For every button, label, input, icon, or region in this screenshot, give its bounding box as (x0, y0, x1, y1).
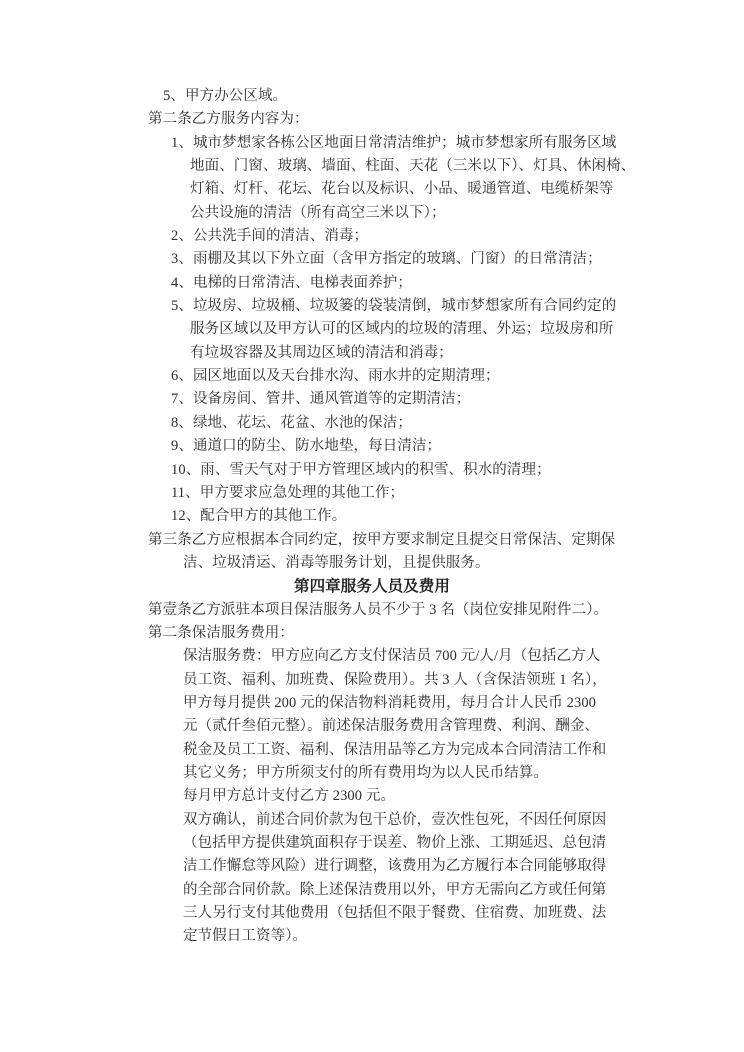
text-line: 4、电梯的日常清洁、电梯表面养护； (0, 272, 744, 295)
text-line: （包括甲方提供建筑面积存于误差、物价上涨、工期延迟、总包清 (0, 832, 744, 855)
text-line: 定节假日工资等）。 (0, 925, 744, 948)
text-line: 三人另行支付其他费用（包括但不限于餐费、住宿费、加班费、法 (0, 902, 744, 925)
text-line: 9、通道口的防尘、防水地垫，每日清洁； (0, 435, 744, 458)
text-line: 员工资、福利、加班费、保险费用）。共 3 人（含保洁领班 1 名）， (0, 669, 744, 692)
text-line: 第壹条乙方派驻本项目保洁服务人员不少于 3 名（岗位安排见附件二）。 (0, 599, 744, 622)
text-line: 公共设施的清洁（所有高空三米以下）； (0, 202, 744, 225)
text-line: 的全部合同价款。除上述保洁费用以外，甲方无需向乙方或任何第 (0, 879, 744, 902)
text-line: 10、雨、雪天气对于甲方管理区域内的积雪、积水的清理； (0, 459, 744, 482)
text-line: 12、配合甲方的其他工作。 (0, 505, 744, 528)
text-line: 第二条保洁服务费用： (0, 622, 744, 645)
text-line: 服务区域以及甲方认可的区域内的垃圾的清理、外运；垃圾房和所 (0, 318, 744, 341)
text-line: 8、绿地、花坛、花盆、水池的保洁； (0, 412, 744, 435)
text-line: 2、公共洗手间的清洁、消毒； (0, 225, 744, 248)
text-line: 元（贰仟叁佰元整）。前述保洁服务费用含管理费、利润、酬金、 (0, 715, 744, 738)
text-line: 6、园区地面以及天台排水沟、雨水井的定期清理； (0, 365, 744, 388)
text-line: 第三条乙方应根据本合同约定，按甲方要求制定且提交日常保洁、定期保 (0, 529, 744, 552)
text-line: 3、雨棚及其以下外立面（含甲方指定的玻璃、门窗）的日常清洁； (0, 248, 744, 271)
text-line: 灯箱、灯杆、花坛、花台以及标识、小品、暖通管道、电缆桥架等 (0, 178, 744, 201)
text-line: 地面、门窗、玻璃、墙面、柱面、天花（三米以下）、灯具、休闲椅、 (0, 155, 744, 178)
text-line: 1、城市梦想家各栋公区地面日常清洁维护；城市梦想家所有服务区域 (0, 132, 744, 155)
text-line: 5、甲方办公区域。 (0, 85, 744, 108)
text-line: 保洁服务费：甲方应向乙方支付保洁员 700 元/人/月（包括乙方人 (0, 645, 744, 668)
text-line: 其它义务；甲方所须支付的所有费用均为以人民币结算。 (0, 762, 744, 785)
text-line: 洁工作懈怠等风险）进行调整，该费用为乙方履行本合同能够取得 (0, 855, 744, 878)
document-page: 5、甲方办公区域。第二条乙方服务内容为：1、城市梦想家各栋公区地面日常清洁维护；… (0, 0, 744, 1052)
text-line: 每月甲方总计支付乙方 2300 元。 (0, 785, 744, 808)
document-body: 5、甲方办公区域。第二条乙方服务内容为：1、城市梦想家各栋公区地面日常清洁维护；… (0, 85, 744, 949)
text-line: 双方确认，前述合同价款为包干总价，壹次性包死，不因任何原因 (0, 809, 744, 832)
chapter-heading: 第四章服务人员及费用 (0, 575, 744, 598)
text-line: 有垃圾容器及其周边区域的清洁和消毒； (0, 342, 744, 365)
text-line: 第二条乙方服务内容为： (0, 108, 744, 131)
text-line: 11、甲方要求应急处理的其他工作； (0, 482, 744, 505)
text-line: 洁、垃圾清运、消毒等服务计划，且提供服务。 (0, 552, 744, 575)
text-line: 5、垃圾房、垃圾桶、垃圾篓的袋装清倒，城市梦想家所有合同约定的 (0, 295, 744, 318)
text-line: 7、设备房间、管井、通风管道等的定期清洁； (0, 388, 744, 411)
text-line: 甲方每月提供 200 元的保洁物料消耗费用，每月合计人民币 2300 (0, 692, 744, 715)
text-line: 税金及员工工资、福利、保洁用品等乙方为完成本合同清洁工作和 (0, 739, 744, 762)
